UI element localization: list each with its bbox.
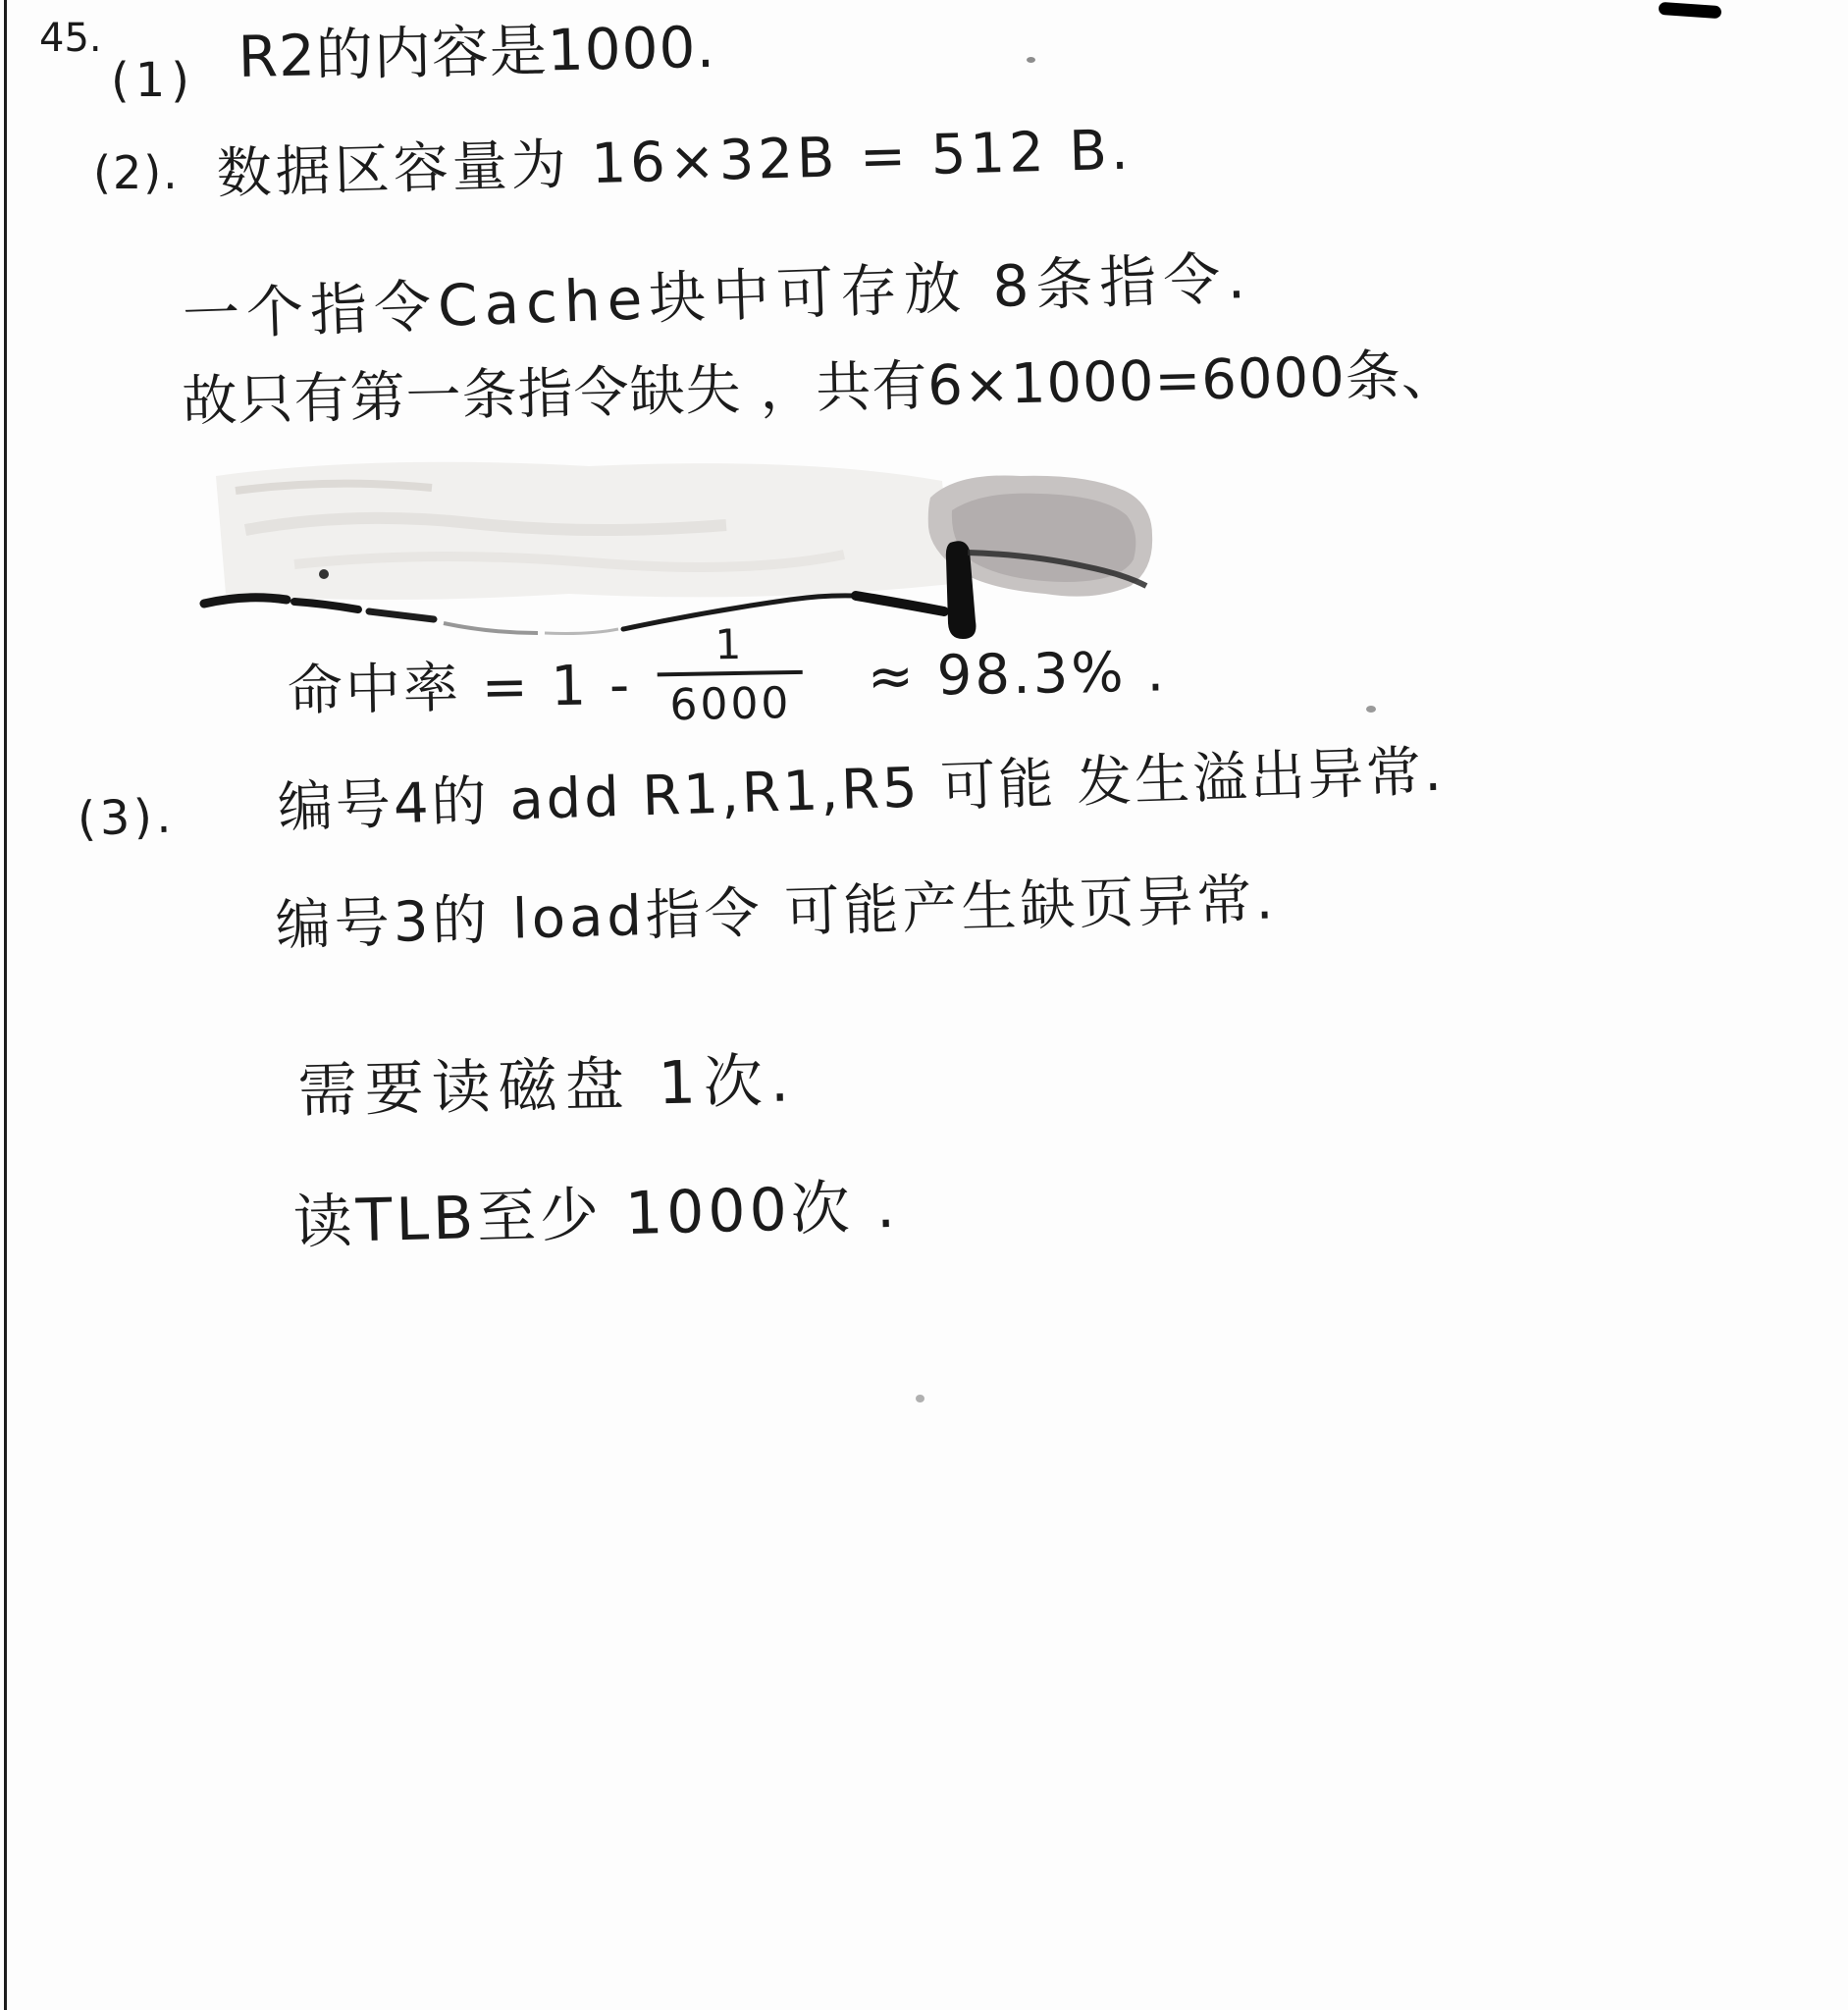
erased-correction-smudge [177, 437, 1178, 648]
hit-rate-formula-line: 命中率 = 1 - 1 6000 ≈ 98.3% . [287, 620, 1168, 738]
part3-line-disk-reads: 需要读磁盘 1次. [297, 1047, 798, 1126]
scan-artifact-top-right [1659, 2, 1722, 19]
part3-line-tlb-reads: 读TLB至少 1000次 . [292, 1174, 900, 1257]
ink-speck [1366, 706, 1376, 713]
problem-number: 45. [39, 16, 102, 61]
part2-line-data-capacity: 数据区容量为 16×32B = 512 B. [216, 120, 1133, 207]
part3-marker: (3). [77, 790, 176, 848]
part1-marker: (1) [111, 54, 195, 108]
ink-speck [1027, 57, 1035, 63]
part2-line-cache-block: 一个指令Cache块中可存放 8条指令. [182, 245, 1253, 348]
hit-rate-fraction: 1 6000 [657, 623, 804, 728]
part1-answer-line: R2的内容是1000. [238, 15, 716, 90]
ink-speck [916, 1395, 924, 1402]
fraction-numerator: 1 [714, 624, 745, 672]
page-left-border-line [4, 0, 7, 2010]
part3-line-overflow-exception: 编号4的 add R1,R1,R5 可能 发生溢出异常. [277, 741, 1446, 841]
part2-marker: (2). [93, 147, 180, 199]
fraction-denominator: 6000 [658, 670, 804, 728]
hit-rate-result: ≈ 98.3% . [867, 640, 1167, 709]
hit-rate-prefix: 命中率 = 1 - [287, 642, 633, 726]
part3-line-page-fault: 编号3的 load指令 可能产生缺页异常. [275, 869, 1278, 958]
handwritten-answer-sheet: 45. (1) R2的内容是1000. (2). 数据区容量为 16×32B =… [0, 0, 1848, 2010]
smudge-torn-edge-line [204, 598, 287, 604]
part2-line-miss-count: 故只有第一条指令缺失 ，共有6×1000=6000条、 [182, 344, 1457, 435]
